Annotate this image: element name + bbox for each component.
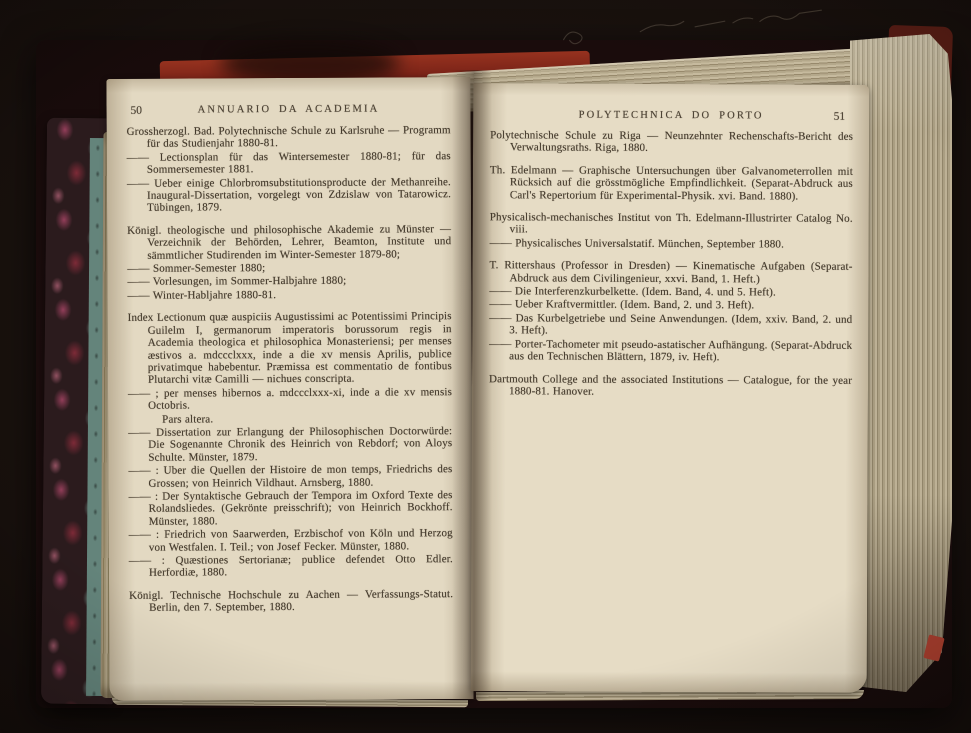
catalog-entry: Th. Edelmann — Graphische Untersuchungen… bbox=[490, 164, 853, 203]
catalog-entry: T. Rittershaus (Professor in Dresden) — … bbox=[489, 259, 852, 285]
catalog-entry: —— Winter-Habljahre 1880-81. bbox=[127, 288, 451, 302]
catalog-entry: Dartmouth College and the associated Ins… bbox=[489, 373, 852, 399]
catalog-entry: Königl. theologische und philosophische … bbox=[127, 223, 451, 262]
catalog-entry: —— ; per menses hibernos a. mdccclxxx-xi… bbox=[128, 386, 452, 413]
catalog-entry: Königl. Technische Hochschule zu Aachen … bbox=[129, 588, 453, 615]
catalog-entry: —— Ueber Kraftvermittler. (Idem. Band, 2… bbox=[489, 299, 852, 313]
catalog-entry: —— : Der Syntaktische Gebrauch der Tempo… bbox=[129, 489, 453, 528]
catalog-entry: —— : Uber die Quellen der Histoire de mo… bbox=[128, 463, 452, 490]
catalog-entry: Physicalisch-mechanisches Institut von T… bbox=[490, 211, 853, 237]
catalog-entry: —— Dissertation zur Erlangung der Philos… bbox=[128, 425, 452, 464]
catalog-entry: —— Sommer-Semester 1880; bbox=[127, 261, 451, 275]
catalog-entry: —— Das Kurbelgetriebe und Seine Anwendun… bbox=[489, 312, 852, 338]
catalog-entry: —— : Quæstiones Sertorianæ; publice defe… bbox=[129, 553, 453, 580]
catalog-entry: Polytechnische Schule zu Riga — Neunzehn… bbox=[490, 129, 853, 155]
left-page-number: 50 bbox=[131, 105, 143, 117]
right-page-text: Polytechnische Schule zu Riga — Neunzehn… bbox=[489, 129, 853, 399]
left-page-text: Grossherzogl. Bad. Polytechnische Schule… bbox=[127, 124, 454, 614]
catalog-entry: —— Ueber einige Chlorbromsubstitutionspr… bbox=[127, 176, 451, 215]
right-page-header: POLYTECHNICA DO PORTO 51 bbox=[491, 109, 851, 122]
catalog-entry: Grossherzogl. Bad. Polytechnische Schule… bbox=[127, 124, 451, 151]
left-page-header: 50 ANNUARIO DA ACADEMIA bbox=[125, 103, 453, 116]
catalog-entry: —— Die Interferenzkurbelkette. (Idem. Ba… bbox=[489, 285, 852, 299]
catalog-entry: —— Vorlesungen, im Sommer-Halbjahre 1880… bbox=[127, 275, 451, 289]
left-page: 50 ANNUARIO DA ACADEMIA Grossherzogl. Ba… bbox=[106, 77, 473, 701]
catalog-entry: Index Lectionum quæ auspiciis Augustissi… bbox=[128, 310, 452, 386]
catalog-entry: Pars altera. bbox=[128, 412, 452, 426]
catalog-entry: —— Porter-Tachometer mit pseudo-astatisc… bbox=[489, 338, 852, 364]
open-book-photo: 50 ANNUARIO DA ACADEMIA Grossherzogl. Ba… bbox=[0, 0, 971, 733]
catalog-entry: —— Physicalisches Universalstatif. Münch… bbox=[490, 237, 853, 251]
right-page: POLYTECHNICA DO PORTO 51 Polytechnische … bbox=[471, 83, 870, 693]
right-running-header: POLYTECHNICA DO PORTO bbox=[579, 110, 764, 122]
catalog-entry: —— : Friedrich von Saarwerden, Erzbischo… bbox=[129, 527, 453, 554]
right-page-number: 51 bbox=[834, 111, 846, 123]
catalog-entry: —— Lectionsplan für das Wintersemester 1… bbox=[127, 150, 451, 177]
left-running-header: ANNUARIO DA ACADEMIA bbox=[198, 104, 380, 116]
